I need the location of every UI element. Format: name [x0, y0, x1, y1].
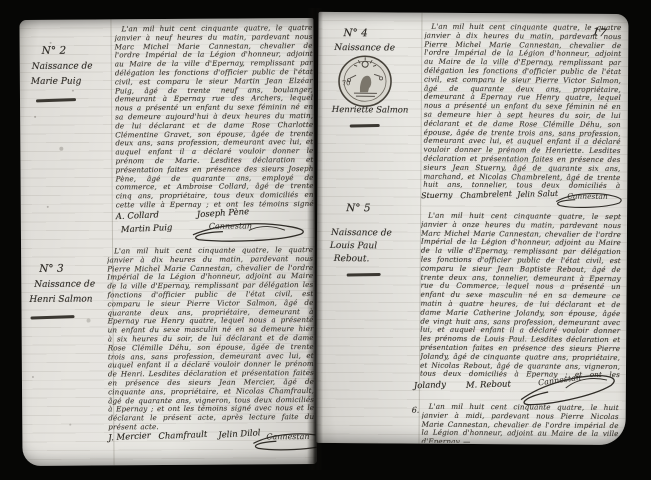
record-n5-body: L'an mil huit cent cinquante quatre, le …: [420, 212, 621, 379]
record-n3-margin-type: Naissance de: [34, 279, 95, 292]
record-n5-margin-underline: [347, 273, 381, 276]
record-n3-body: L'an mil huit cent cinquante quatre, le …: [107, 246, 314, 431]
signature-flourish-icon: [189, 219, 311, 244]
record-n5-margin-name-line2: Rebout.: [334, 253, 370, 266]
record-n5-margin-name-line1: Louis Paul: [330, 240, 377, 253]
record-n2-margin-name: Marie Puig: [31, 76, 82, 89]
record-n4-signature-3: Jelin Salut: [517, 189, 558, 199]
fiscal-stamp-icon: 70: [337, 54, 393, 108]
record-n2-signature-3: Martin Puig: [121, 223, 173, 235]
record-n4: N° 4 Naissance de 70 Henriette Salmon L'…: [319, 12, 629, 14]
register-left-page: N° 2 Naissance de Marie Puig L'an mil hu…: [19, 18, 316, 466]
record-n6-prefix: 6.: [412, 404, 420, 417]
record-n4-number: N° 4: [343, 27, 368, 39]
record-n2-margin-underline: [36, 98, 76, 102]
record-n5-signature-1: Jolandy: [414, 380, 446, 391]
record-n6-start: 6. L'an mil huit cent cinquante quatre, …: [319, 12, 629, 14]
record-n2-signature-2: Joseph Pène: [197, 207, 250, 220]
record-n3-margin-underline: [30, 315, 74, 319]
register-right-page: 17 N° 4 Naissance de 70 Henriette Salmon…: [315, 12, 628, 445]
record-n6-body: L'an mil huit cent cinquante quatre, le …: [422, 403, 619, 444]
record-n2-number: N° 2: [42, 45, 67, 57]
record-n2: N° 2 Naissance de Marie Puig L'an mil hu…: [19, 18, 313, 20]
record-n5-signature-2: M. Rebout: [466, 379, 511, 390]
record-n5-number: N° 5: [346, 202, 371, 214]
signature-flourish-icon: [553, 190, 625, 211]
book-binding-shadow: [307, 8, 323, 470]
record-n3: N° 3 Naissance de Henri Salmon L'an mil …: [19, 18, 313, 20]
record-n5: N° 5 Naissance de Louis Paul Rebout. L'a…: [319, 12, 629, 14]
stamp-value: 70: [342, 79, 350, 87]
record-n2-margin-type: Naissance de: [32, 61, 93, 74]
record-n2-signature-1: A. Collard: [116, 210, 160, 222]
record-n4-body: L'an mil huit cent cinquante quatre, le …: [423, 23, 621, 190]
record-n4-signature-1: Stuerny: [421, 190, 453, 200]
record-n5-margin-type: Naissance de: [331, 227, 392, 240]
record-n3-signature-1: J. Mercier: [108, 431, 151, 444]
record-n3-margin-name: Henri Salmon: [29, 294, 92, 307]
record-n3-number: N° 3: [39, 263, 64, 275]
scanned-register-photo: { "document": { "kind": "Registre manusc…: [0, 0, 651, 480]
record-n4-margin-underline: [350, 124, 380, 127]
paper-speckles: [19, 20, 21, 22]
record-n3-signature-2: Chamfrault: [158, 430, 207, 442]
record-n4-margin-name: Henriette Salmon: [332, 104, 409, 118]
record-n2-body: L'an mil huit cent cinquante quatre, le …: [114, 24, 313, 209]
record-n4-signature-2: Chambrelent: [460, 189, 512, 200]
